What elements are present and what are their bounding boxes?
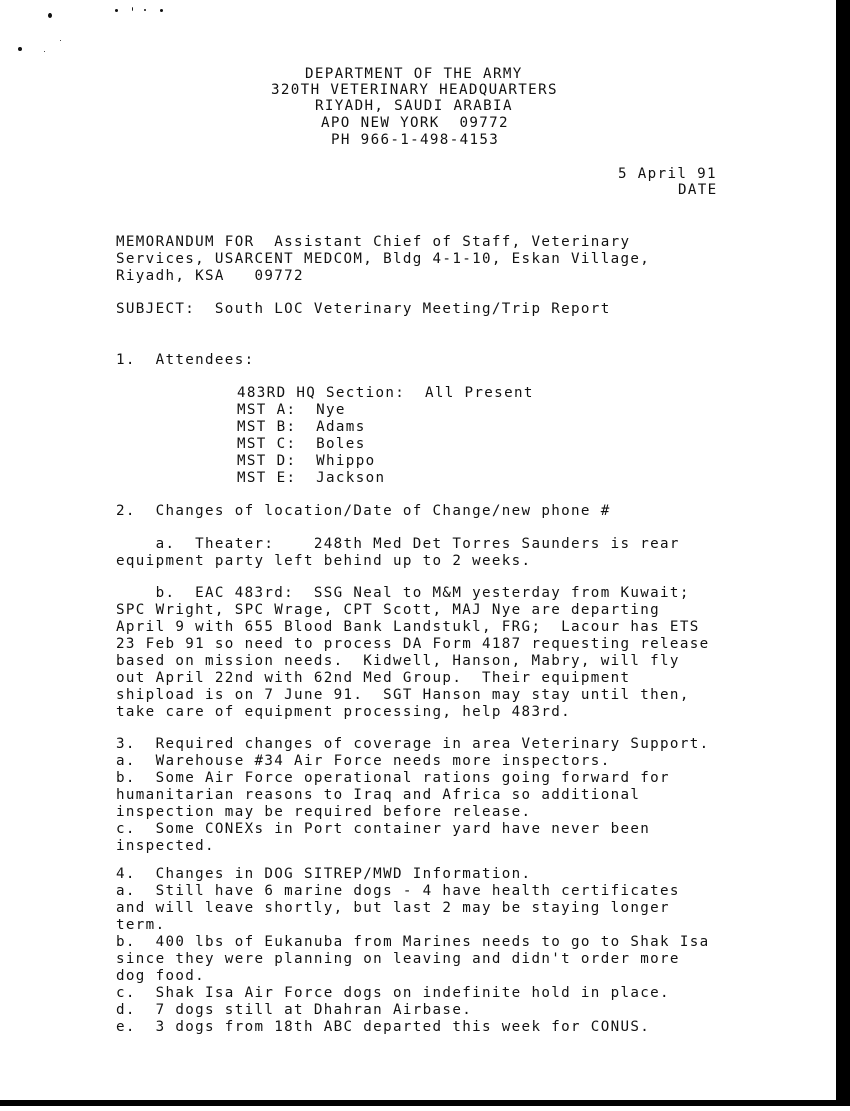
section-4-line: c. Shak Isa Air Force dogs on indefinite… bbox=[116, 985, 670, 1002]
section-3-line: b. Some Air Force operational rations go… bbox=[116, 770, 670, 787]
section-1-heading: 1. Attendees: bbox=[116, 352, 254, 369]
section-4-line: e. 3 dogs from 18th ABC departed this we… bbox=[116, 1019, 650, 1036]
section-3-line: inspected. bbox=[116, 838, 215, 855]
scan-speck bbox=[132, 7, 133, 11]
attendee-row: MST E: Jackson bbox=[237, 470, 385, 487]
section-2b-line: April 9 with 655 Blood Bank Landstukl, F… bbox=[116, 619, 700, 636]
scan-speck bbox=[18, 47, 22, 51]
letterhead-department: DEPARTMENT OF THE ARMY bbox=[305, 66, 523, 83]
section-2b-line: out April 22nd with 62nd Med Group. Thei… bbox=[116, 670, 630, 687]
section-4-line: dog food. bbox=[116, 968, 205, 985]
section-2-heading: 2. Changes of location/Date of Change/ne… bbox=[116, 503, 611, 520]
memo-for-line: Riyadh, KSA 09772 bbox=[116, 268, 304, 285]
section-3-line: humanitarian reasons to Iraq and Africa … bbox=[116, 787, 640, 804]
scan-speck bbox=[60, 40, 61, 41]
scan-speck bbox=[48, 13, 52, 18]
memo-date-label: DATE bbox=[678, 182, 718, 199]
scan-speck bbox=[160, 9, 163, 12]
section-2a-line: equipment party left behind up to 2 week… bbox=[116, 553, 531, 570]
letterhead-unit: 320TH VETERINARY HEADQUARTERS bbox=[271, 82, 558, 99]
section-4-line: b. 400 lbs of Eukanuba from Marines need… bbox=[116, 934, 710, 951]
memo-page: DEPARTMENT OF THE ARMY 320TH VETERINARY … bbox=[0, 0, 850, 1111]
section-4-heading: 4. Changes in DOG SITREP/MWD Information… bbox=[116, 866, 531, 883]
section-2b-line: b. EAC 483rd: SSG Neal to M&M yesterday … bbox=[116, 585, 690, 602]
section-3-heading: 3. Required changes of coverage in area … bbox=[116, 736, 710, 753]
memo-for-line: MEMORANDUM FOR Assistant Chief of Staff,… bbox=[116, 234, 630, 251]
section-4-line: d. 7 dogs still at Dhahran Airbase. bbox=[116, 1002, 472, 1019]
section-3-line: a. Warehouse #34 Air Force needs more in… bbox=[116, 753, 611, 770]
section-2b-line: SPC Wright, SPC Wrage, CPT Scott, MAJ Ny… bbox=[116, 602, 660, 619]
section-3-line: inspection may be required before releas… bbox=[116, 804, 531, 821]
section-2b-line: 23 Feb 91 so need to process DA Form 418… bbox=[116, 636, 710, 653]
section-2b-line: shipload is on 7 June 91. SGT Hanson may… bbox=[116, 687, 690, 704]
scan-edge-bottom bbox=[0, 1100, 850, 1106]
scan-edge-right bbox=[836, 0, 850, 1106]
letterhead-apo: APO NEW YORK 09772 bbox=[321, 115, 509, 132]
section-2a-line: a. Theater: 248th Med Det Torres Saunder… bbox=[116, 536, 680, 553]
attendee-row: MST D: Whippo bbox=[237, 453, 375, 470]
memo-for-line: Services, USARCENT MEDCOM, Bldg 4-1-10, … bbox=[116, 251, 650, 268]
scan-speck bbox=[115, 9, 118, 12]
memo-date: 5 April 91 bbox=[618, 166, 717, 183]
section-4-line: a. Still have 6 marine dogs - 4 have hea… bbox=[116, 883, 680, 900]
scan-speck bbox=[144, 9, 146, 11]
section-4-line: and will leave shortly, but last 2 may b… bbox=[116, 900, 670, 917]
memo-subject: SUBJECT: South LOC Veterinary Meeting/Tr… bbox=[116, 301, 611, 318]
letterhead-city: RIYADH, SAUDI ARABIA bbox=[315, 98, 513, 115]
section-4-line: term. bbox=[116, 917, 165, 934]
attendee-row: 483RD HQ Section: All Present bbox=[237, 385, 534, 402]
section-2b-line: take care of equipment processing, help … bbox=[116, 704, 571, 721]
attendee-row: MST B: Adams bbox=[237, 419, 366, 436]
letterhead-phone: PH 966-1-498-4153 bbox=[331, 132, 499, 149]
section-3-line: c. Some CONEXs in Port container yard ha… bbox=[116, 821, 650, 838]
attendee-row: MST A: Nye bbox=[237, 402, 346, 419]
section-4-line: since they were planning on leaving and … bbox=[116, 951, 680, 968]
section-2b-line: based on mission needs. Kidwell, Hanson,… bbox=[116, 653, 680, 670]
scan-speck bbox=[44, 51, 45, 52]
attendee-row: MST C: Boles bbox=[237, 436, 366, 453]
